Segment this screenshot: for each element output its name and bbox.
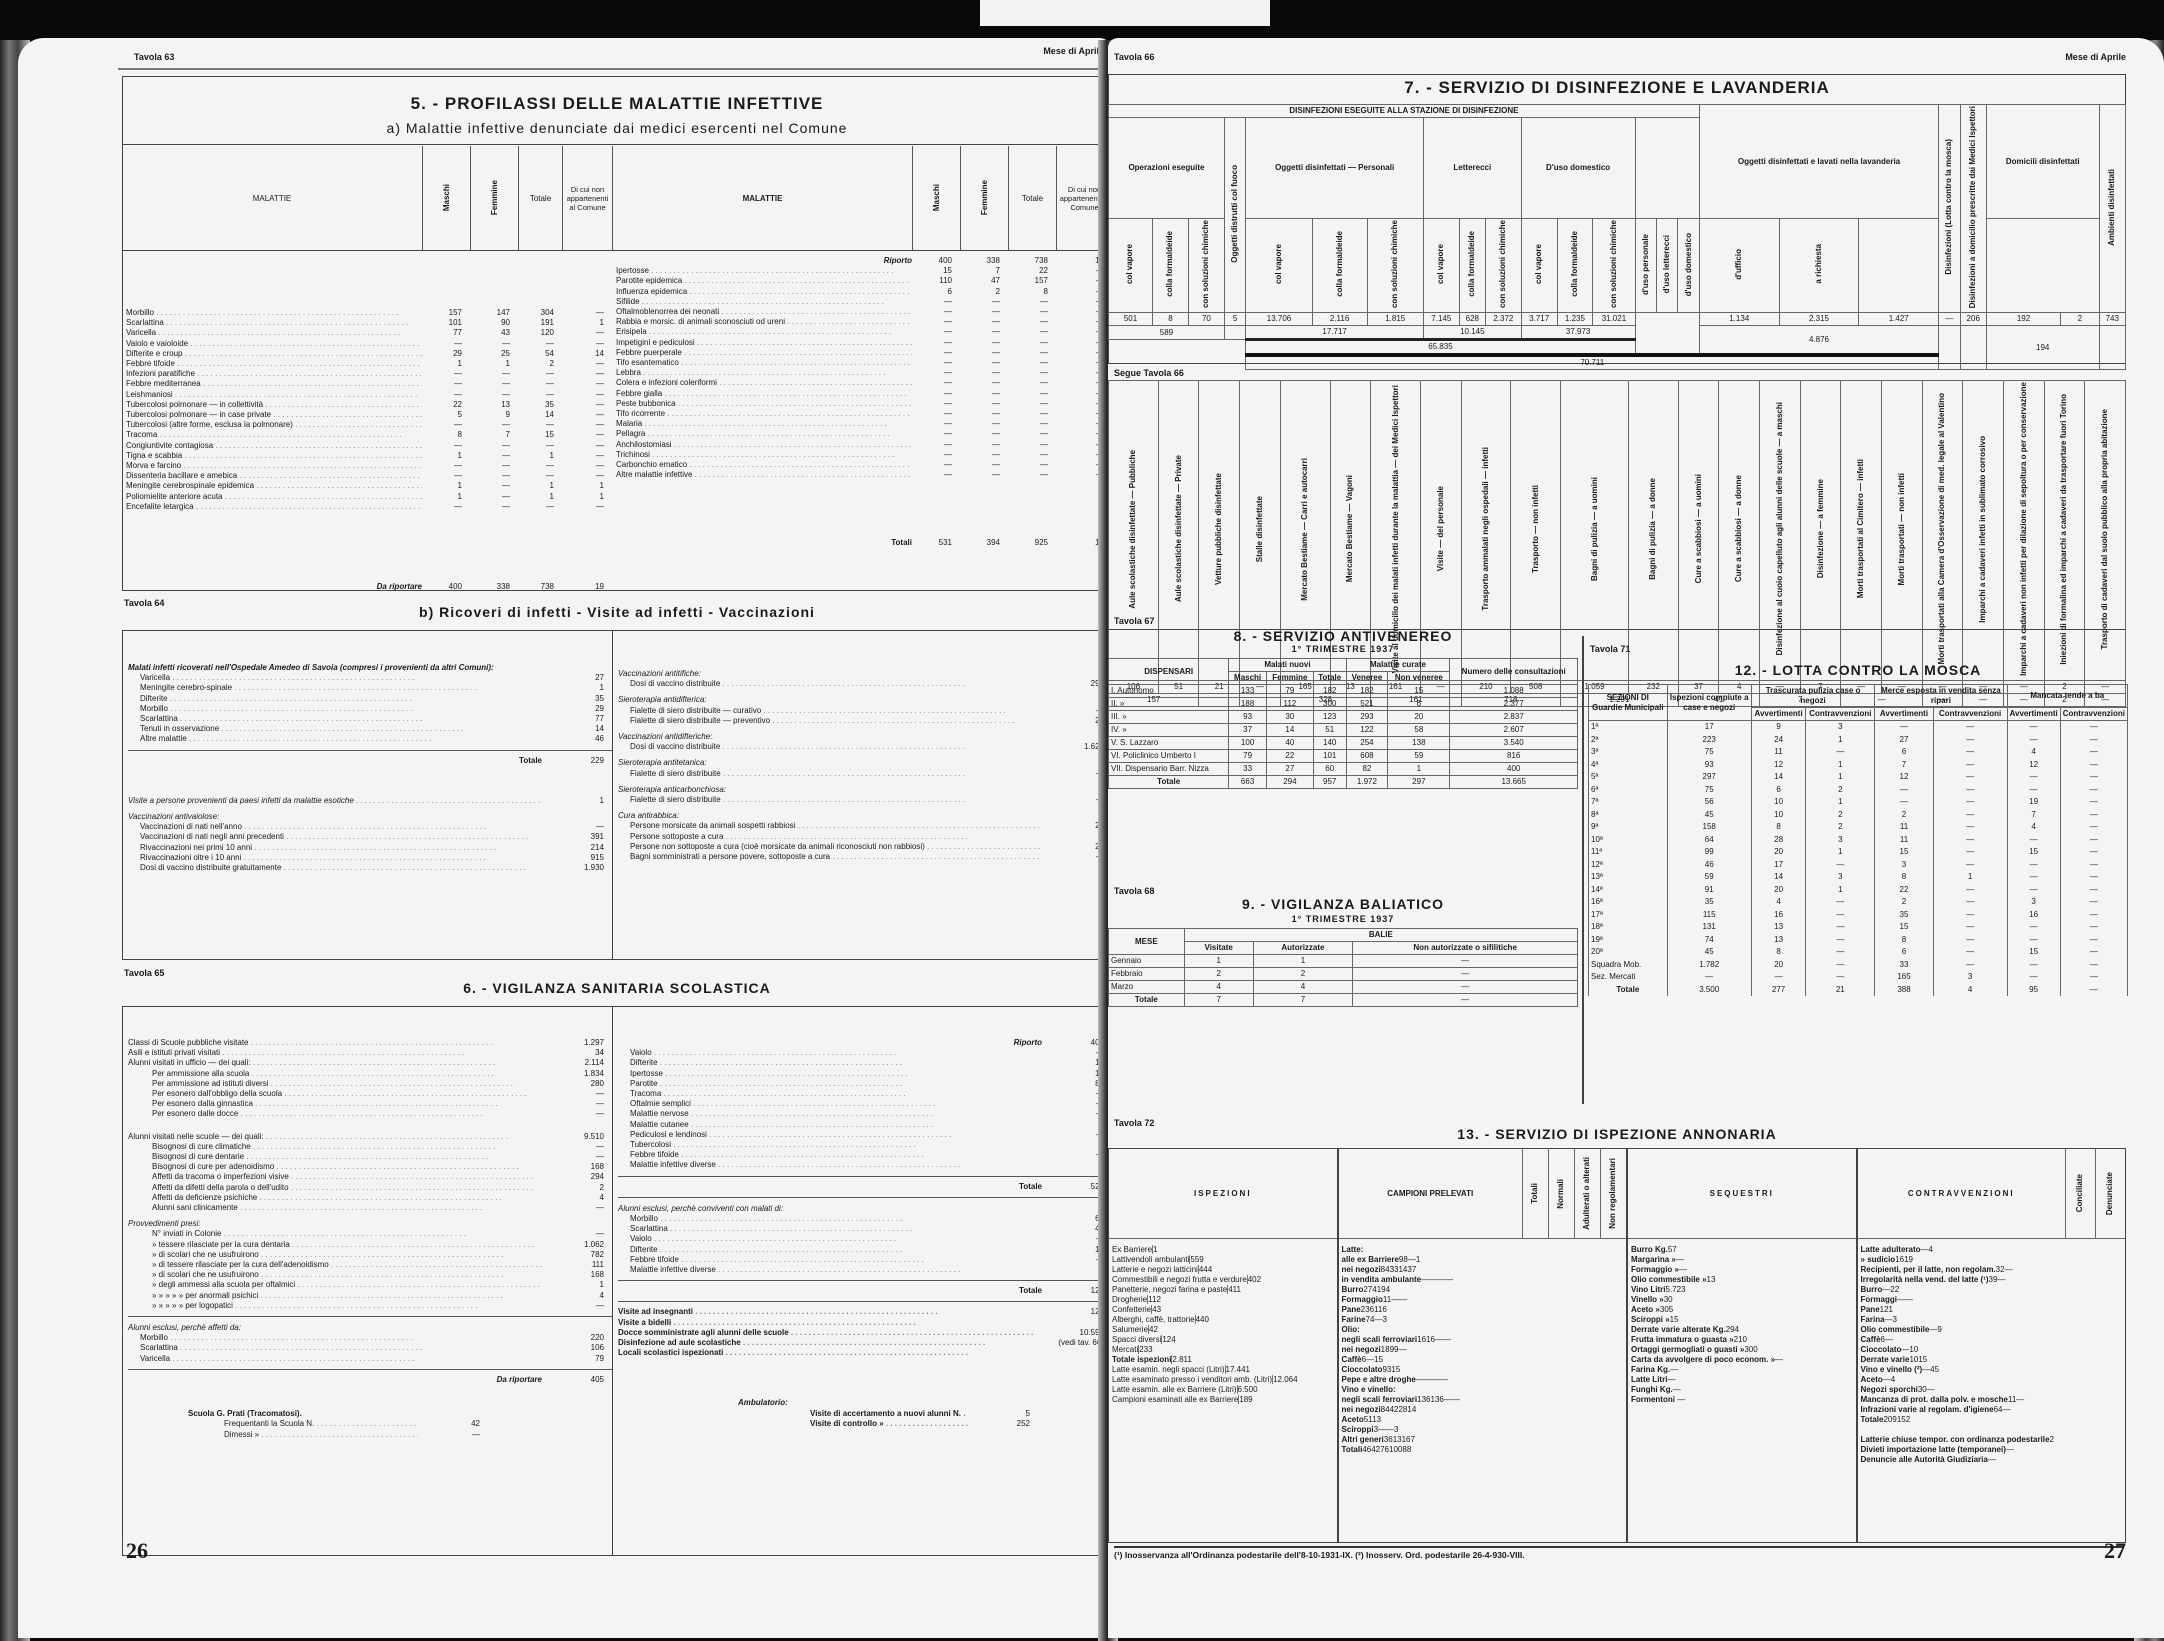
table-cell: Avvertimenti [1875,708,1933,721]
right-table-ref: Tavola 66 [1114,52,1154,62]
contravention-row: Cioccolato—10 [1861,1345,2122,1355]
table-row: 17ª11516—35—16— [1589,909,2128,922]
row-value: 30 [1918,1385,1927,1394]
visit-row: Visite a bidelli1 [618,1318,1110,1328]
table-cell: 2.116 [1312,313,1367,326]
table-cell: 194 [1986,326,2099,370]
table-cell: — [2007,921,2060,934]
section9-table: MESEBALIEVisitateAutorizzateNon autorizz… [1108,928,1578,1007]
table-row: I. Autonomo13379182182151.088 [1109,685,1578,698]
table-cell: — [1933,734,2007,747]
row-value: — [1440,1375,1448,1384]
table-cell: 4.876 [1699,326,1938,356]
table-cell: 6 [1875,746,1933,759]
row-label: Docce somministrate agli alunni delle sc… [618,1328,1042,1338]
table-cell: — [2060,846,2127,859]
row-label: Carta da avvolgere di poco econom. » [1631,1355,1775,1364]
row-label: » di scolari che ne usufruirono [128,1270,542,1280]
row-label: nei negozi [1342,1345,1381,1354]
carry-row: Da riportare40033873819 [126,582,612,592]
table-cell: SEZIONI DI Guardie Municipali [1589,685,1668,721]
header-label: con soluzioni chimiche [1390,220,1400,308]
section9-title: 9. - VIGILANZA BALIATICO [1108,896,1578,912]
row-value: — [960,378,1008,388]
disease-row: Lebbra———— [616,368,1110,378]
row-label: » tessere rilasciate per la cura dentari… [128,1240,542,1250]
table-cell: — [1806,921,1875,934]
total-row: Totali46427610088 [1342,1445,1623,1455]
school-row: Affetti da tracoma o imperfezioni visive… [128,1172,612,1182]
row-label: Sifilide [616,297,912,307]
header-label: con soluzioni chimiche [1498,220,1508,308]
row-value: 782 [542,1250,612,1260]
table-cell: — [2060,784,2127,797]
hospital-row: Altre malattie46 [128,734,612,744]
row-label: Dosi di vaccino distribuite [618,679,1042,689]
ambulatorio-row: Visite di controllo »252 [618,1419,1038,1429]
row-label: N° inviati in Colonie [128,1229,542,1239]
table-cell: — [1933,896,2007,909]
row-label: Altre malattie [128,734,542,744]
row-value: 300 [1744,1345,1757,1354]
row-label: Ipertosse [618,1069,1042,1079]
measure-row: » » » » » per anormali psichici4 [128,1291,612,1301]
row-value: 252 [968,1419,1038,1429]
row-label: Tigna e scabbia [126,451,422,461]
table-cell: 13 [1751,921,1806,934]
cohabitant-row: Malattie infettive diverse3 [618,1265,1110,1275]
row-value: — [422,420,470,430]
disease-row: Malaria———— [616,419,1110,429]
row-label: Olio: [1342,1325,1360,1334]
vaccination-row: Rivaccinazioni oltre i 10 anni915 [128,853,612,863]
row-value: — [912,389,960,399]
serum-row: Fialette di siero distribuite — curativo… [618,706,1110,716]
table-cell: 133 [1229,685,1267,698]
ambulatorio-label: Ambulatorio: [618,1398,1110,1408]
row-value: 220 [542,1333,612,1343]
col-header-totale: Totale [518,146,562,250]
row-value: — [1432,1375,1440,1384]
disease-row: Poliomielite anteriore acuta1—11 [126,492,612,502]
row-value: 915 [542,853,612,863]
row-label: Farina [1861,1315,1885,1324]
cohabitant-row: Vaiolo— [618,1234,1110,1244]
table-cell: — [2060,934,2127,947]
header-cell: Stalle disinfettate [1255,496,1265,562]
row-value: — [562,379,612,389]
row-value: 77 [422,328,470,338]
row-label: Tracoma [618,1089,1042,1099]
table-row: 6ª7562———— [1589,784,2128,797]
table-cell: 188 [1229,698,1267,711]
serum-row: Persone morsicate da animali sospetti ra… [618,821,1110,831]
table-cell: — [2007,859,2060,872]
section8-subtitle: 1° TRIMESTRE 1937 [1108,644,1578,654]
inspection-row: Spacci diversi124 [1112,1335,1334,1345]
table-cell: — [1933,946,2007,959]
row-value: 1 [422,359,470,369]
row-value: 3 [1377,1415,1381,1424]
row-value: — [1008,450,1056,460]
contravention-row: Derrate varie1015 [1861,1355,2122,1365]
row-value: — [1677,1395,1685,1404]
row-value: 111 [542,1260,612,1270]
visit-row: Locali scolastici ispezionati5 [618,1348,1110,1358]
row-value: 738 [518,582,562,592]
row-label: Visite ad insegnanti [618,1307,1042,1317]
sample-row: negli scali ferroviari136136—— [1342,1395,1623,1405]
row-label: Disinfezione ad aule scolastiche [618,1338,1042,1348]
row-label: Difterite e croup [126,349,422,359]
row-label: Malaria [616,419,912,429]
section6-left-list: Classi di Scuole pubbliche visitate1.297… [128,1038,612,1440]
table-cell: con soluzioni chimiche [1593,219,1635,313]
destroyed-header: Oggetti distrutti col fuoco [1230,165,1240,263]
table-row: 1ª1793———— [1589,721,2128,734]
table-cell: 294 [1266,776,1313,789]
divider [618,1301,1110,1302]
hospital-row: Difterite35 [128,694,612,704]
row-label: Meningite cerebro-spinale [128,683,542,693]
table-cell: Contravvenzioni [2060,708,2127,721]
header-cell: Cure a scabbiosi — a donne [1719,381,1760,681]
table-row: 20ª458—6—15— [1589,946,2128,959]
disease-row: Peste bubbonica———— [616,399,1110,409]
row-value: — [470,441,518,451]
row-label: Leishmaniosi [126,390,422,400]
contravention-row: Formaggi—— [1861,1295,2122,1305]
table-cell: 35 [1667,896,1751,909]
table-cell: 4 [1751,896,1806,909]
hospital-row: Meningite cerebro-spinale1 [128,683,612,693]
row-value: — [562,369,612,379]
inspection-row: Confetterie43 [1112,1305,1334,1315]
row-value: — [1399,1295,1407,1304]
table-cell: VI. Policlinico Umberto I [1109,750,1229,763]
section13-columns: ISPEZIONIEx Barriere1Lattivendoli ambula… [1108,1148,2126,1543]
row-label: Aceto [1861,1375,1883,1384]
contravvenzioni-header: CONTRAVVENZIONI [1858,1149,2065,1238]
excluded-row: Ipertosse16 [618,1069,1110,1079]
table-cell: 17.717 [1246,326,1424,340]
row-label: Congiuntivite contagiosa [126,441,422,451]
table-cell: 79 [1266,685,1313,698]
seizure-row: Olio commestibile »13 [1631,1275,1853,1285]
table-cell: — [1806,909,1875,922]
row-value: — [912,399,960,409]
disease-row: Sifilide———— [616,297,1110,307]
total-row: Totale ispezioni2.811 [1112,1355,1334,1365]
table-cell: 8 [1152,313,1188,326]
table-cell: 297 [1388,776,1450,789]
row-label: Aceto [1342,1415,1364,1424]
row-label: Cioccolato [1861,1345,1902,1354]
school-row: Per ammissione alla scuola1.834 [128,1069,612,1079]
table-cell: 1.088 [1450,685,1578,698]
table-cell: 35 [1875,909,1933,922]
sample-row: Olio: [1342,1325,1623,1335]
row-value: — [2005,1265,2013,1274]
row-value: — [1429,1275,1437,1284]
row-label: Ipertosse [616,266,912,276]
table-row: Squadra Mob.1.78220—33——— [1589,959,2128,972]
table-cell: — [2007,884,2060,897]
table-cell: 7 [1253,994,1353,1007]
table-cell: d'uso domestico [1678,219,1699,313]
table-cell [1960,326,1986,370]
sample-col-header: Normali [1556,1179,1566,1209]
table-cell: con soluzioni chimiche [1367,219,1423,313]
table-cell: — [1806,971,1875,984]
table-cell: 18ª [1589,921,1668,934]
row-label: Pediculosi e lendinosi [618,1130,1042,1140]
laundry-header: Oggetti disinfettati e lavati nella lava… [1699,105,1938,219]
table-cell: 8ª [1589,809,1668,822]
section12-table: SEZIONI DI Guardie MunicipaliIspezioni c… [1588,684,2128,996]
row-label: alle ex Barriere [1342,1255,1399,1264]
table-cell: 91 [1667,884,1751,897]
table-cell: — [1806,746,1875,759]
header-cell: Imparchi a cadaveri infetti in sublimato… [1963,381,2004,681]
extra-row: Denuncie alle Autorità Giudiziaria— [1861,1455,2122,1465]
table-cell: 131 [1667,921,1751,934]
row-value: 1 [518,492,562,502]
disease-row: Oftalmoblenorrea dei neonati———— [616,307,1110,317]
row-label: Meningite cerebrospinale epidemica [126,481,422,491]
table-cell: 1.235 [1557,313,1593,326]
carry-row: Riporto40033873819 [616,256,1110,266]
row-label: Oftalmie semplici [618,1099,1042,1109]
row-label: Recipienti, per il latte, non regolam. [1861,1265,1996,1274]
header-label: colla formaldeide [1467,231,1477,297]
table-cell: 40 [1266,737,1313,750]
row-value: — [1905,1295,1913,1304]
row-value: 402 [1247,1275,1261,1284]
row-value: — [960,307,1008,317]
row-value: 90 [470,318,518,328]
section5b-left-list: Malati infetti ricoverati nell'Ospedale … [128,663,612,873]
row-label: negli scali ferroviari [1342,1335,1418,1344]
disease-row: Tubercolosi polmonare — in collettività2… [126,400,612,410]
row-label: Sciroppi » [1631,1315,1670,1324]
row-label: Rabbia e morsic. di animali sconosciuti … [616,317,912,327]
row-label: Olio commestibile » [1631,1275,1707,1284]
row-value: — [1897,1295,1905,1304]
row-value: 1 [422,481,470,491]
row-value: 19 [1904,1255,1913,1264]
table-cell: — [2060,721,2127,734]
row-label: Farine [1342,1315,1366,1324]
header-cell: Cure a scabbiosi — a uomini [1694,474,1704,583]
table-cell: 521 [1346,698,1388,711]
row-value: 22 [1008,266,1056,276]
destroyed-header: Oggetti distrutti col fuoco [1224,118,1245,313]
table-cell: 1 [1806,734,1875,747]
table-cell: — [2060,821,2127,834]
table-cell: 101 [1313,750,1346,763]
row-label: Altri generi [1342,1435,1384,1444]
row-value: 47 [960,276,1008,286]
table-cell: 1.782 [1667,959,1751,972]
row-label: Formentoni [1631,1395,1677,1404]
row-value: — [418,1430,488,1440]
disease-row: Congiuntivite contagiosa———— [126,441,612,451]
measure-row: » » » » » per logopatici— [128,1301,612,1311]
table-cell [1635,326,1699,340]
header-cell: Mercato Bestiame — Carri e autocarri [1300,458,1310,601]
hospital-row: Tenuti in osservazione14 [128,724,612,734]
header-cell: Vetture pubbliche disinfettate [1214,473,1224,585]
row-value: — [542,1301,612,1311]
right-page-number: 27 [2104,1538,2126,1564]
row-value: — [562,400,612,410]
table-cell: — [2060,909,2127,922]
table-cell: 7 [2007,809,2060,822]
serum-row: Dosi di vaccino distribuite1.627 [618,742,1110,752]
table-row: 14ª9120122——— [1589,884,2128,897]
section6-title: 6. - VIGILANZA SANITARIA SCOLASTICA [122,980,1110,996]
table-cell: 2 [1875,896,1933,909]
row-label: Pane [1861,1305,1880,1314]
table-cell: — [2060,746,2127,759]
header-cell: Bagni di pulizia — a donne [1628,381,1678,681]
table-cell: 2 [1806,809,1875,822]
header-cell: Imparchi a cadaveri non infetti per dila… [2003,381,2044,681]
table-row: 9ª1588211—4— [1589,821,2128,834]
header-cell: Bagni di pulizia — a uomini [1590,477,1600,581]
section13-footnote: (¹) Inosservanza all'Ordinanza podestari… [1114,1546,2124,1560]
disease-row: Febbre puerperale———— [616,348,1110,358]
row-value: 22 [422,400,470,410]
row-value: 6.500 [1237,1385,1258,1394]
tavola-68-ref: Tavola 68 [1114,886,1154,896]
table-cell: 3.540 [1450,737,1578,750]
row-label: Riporto [618,1038,1042,1048]
header-cell: Morti trasportati alla Camera d'Osservaz… [1922,381,1963,681]
table-cell: 3 [1806,721,1875,734]
table-cell: d'uso personale [1635,219,1656,313]
row-value: 88 [1402,1445,1411,1454]
table-cell: 19ª [1589,934,1668,947]
row-label: Dosi di vaccino distribuite gratuitament… [128,863,542,873]
row-value: 84 [1381,1265,1390,1274]
row-value: 214 [542,843,612,853]
row-value: — [1444,1395,1452,1404]
row-value: — [518,339,562,349]
table-cell: 743 [2099,313,2125,326]
row-value: — [1424,1375,1432,1384]
row-label: Oftalmoblenorrea dei neonati [616,307,912,317]
table-cell: 10ª [1589,834,1668,847]
row-value: 45 [1930,1365,1939,1374]
row-value: 22 [1890,1285,1899,1294]
total-row: Totale209152 [1861,1415,2122,1425]
col-header-totale-r: Totale [1008,146,1056,250]
table-cell: — [1933,909,2007,922]
row-label: Negozi sporchi [1861,1385,1918,1394]
excluded-row: Oftalmie semplici— [618,1099,1110,1109]
table-row: DISINFEZIONI ESEGUITE ALLA STAZIONE DI D… [1109,105,2126,118]
table-cell: 6 [1751,784,1806,797]
row-label: » sudicio [1861,1255,1896,1264]
row-label: negli scali ferroviari [1342,1395,1418,1404]
row-value: — [960,450,1008,460]
school-row: Asili e istituti privati visitati34 [128,1048,612,1058]
row-value: — [518,420,562,430]
disease-row: Febbre mediterranea———— [126,379,612,389]
table-cell: 138 [1388,737,1450,750]
row-label: Totale [128,756,542,766]
row-value: — [470,492,518,502]
row-value: 233 [1138,1345,1152,1354]
table-cell: 589 [1109,326,1225,340]
divider [618,1280,1110,1281]
disease-row: Altre malattie infettive———— [616,470,1110,480]
table-cell: 11ª [1589,846,1668,859]
table-cell: 75 [1667,784,1751,797]
row-value: — [562,328,612,338]
row-label: Erisipela [616,327,912,337]
header-cell: Trasporto — non infetti [1531,485,1541,573]
table-cell: 3 [1806,834,1875,847]
excluded-row: Morbillo220 [128,1333,612,1343]
row-value: 15 [912,266,960,276]
table-cell: 8 [1875,871,1933,884]
row-value: 391 [542,832,612,842]
row-label: in vendita ambulante [1342,1275,1422,1284]
row-value: 16 [1417,1335,1426,1344]
row-value: 79 [542,1354,612,1364]
excluded-row: Parotite84 [618,1079,1110,1089]
header-cell: Morti trasportati — non infetti [1897,473,1907,585]
row-value: 37 [1407,1265,1416,1274]
row-value: — [912,378,960,388]
table-cell: — [2060,921,2127,934]
table-row: IV. »371451122582.607 [1109,724,1578,737]
table-cell: Trascurata pulizia case o negozi [1751,685,1874,708]
school-row: Per esonero dall'obbligo della scuola— [128,1089,612,1099]
header-label: con soluzioni chimiche [1609,220,1619,308]
table-row: 18ª13113—15——— [1589,921,2128,934]
visits-row: Visite a persone provenienti da paesi in… [128,796,612,806]
table-cell: Gennaio [1109,955,1185,968]
table-cell: Merce esposta in vendita senza ripari [1875,685,2007,708]
section9-subtitle: 1° TRIMESTRE 1937 [1108,914,1578,924]
table-cell: — [2007,834,2060,847]
row-value: 15 [518,430,562,440]
table-cell: — [1933,771,2007,784]
header-label: col vapore [1436,244,1446,284]
table-cell: 293 [1346,711,1388,724]
row-label: Drogherie [1112,1295,1147,1304]
row-value: — [562,502,612,512]
row-value: — [912,440,960,450]
row-value: — [562,441,612,451]
table-cell: 182 [1313,685,1346,698]
row-value: — [470,420,518,430]
row-value: 14 [1407,1405,1416,1414]
table-cell: con soluzioni chimiche [1485,219,1521,313]
table-cell: 1.972 [1346,776,1388,789]
section8-table: DISPENSARIMalati nuoviMalattie curateNum… [1108,658,1578,789]
row-value: — [542,822,612,832]
campioni-header: CAMPIONI PRELEVATI [1339,1149,1522,1238]
row-label: Tubercolosi polmonare — in case private [126,410,422,420]
row-label: Ortaggi germogliati o guasti » [1631,1345,1744,1354]
row-value: — [422,390,470,400]
sample-row: Aceto5113 [1342,1415,1623,1425]
